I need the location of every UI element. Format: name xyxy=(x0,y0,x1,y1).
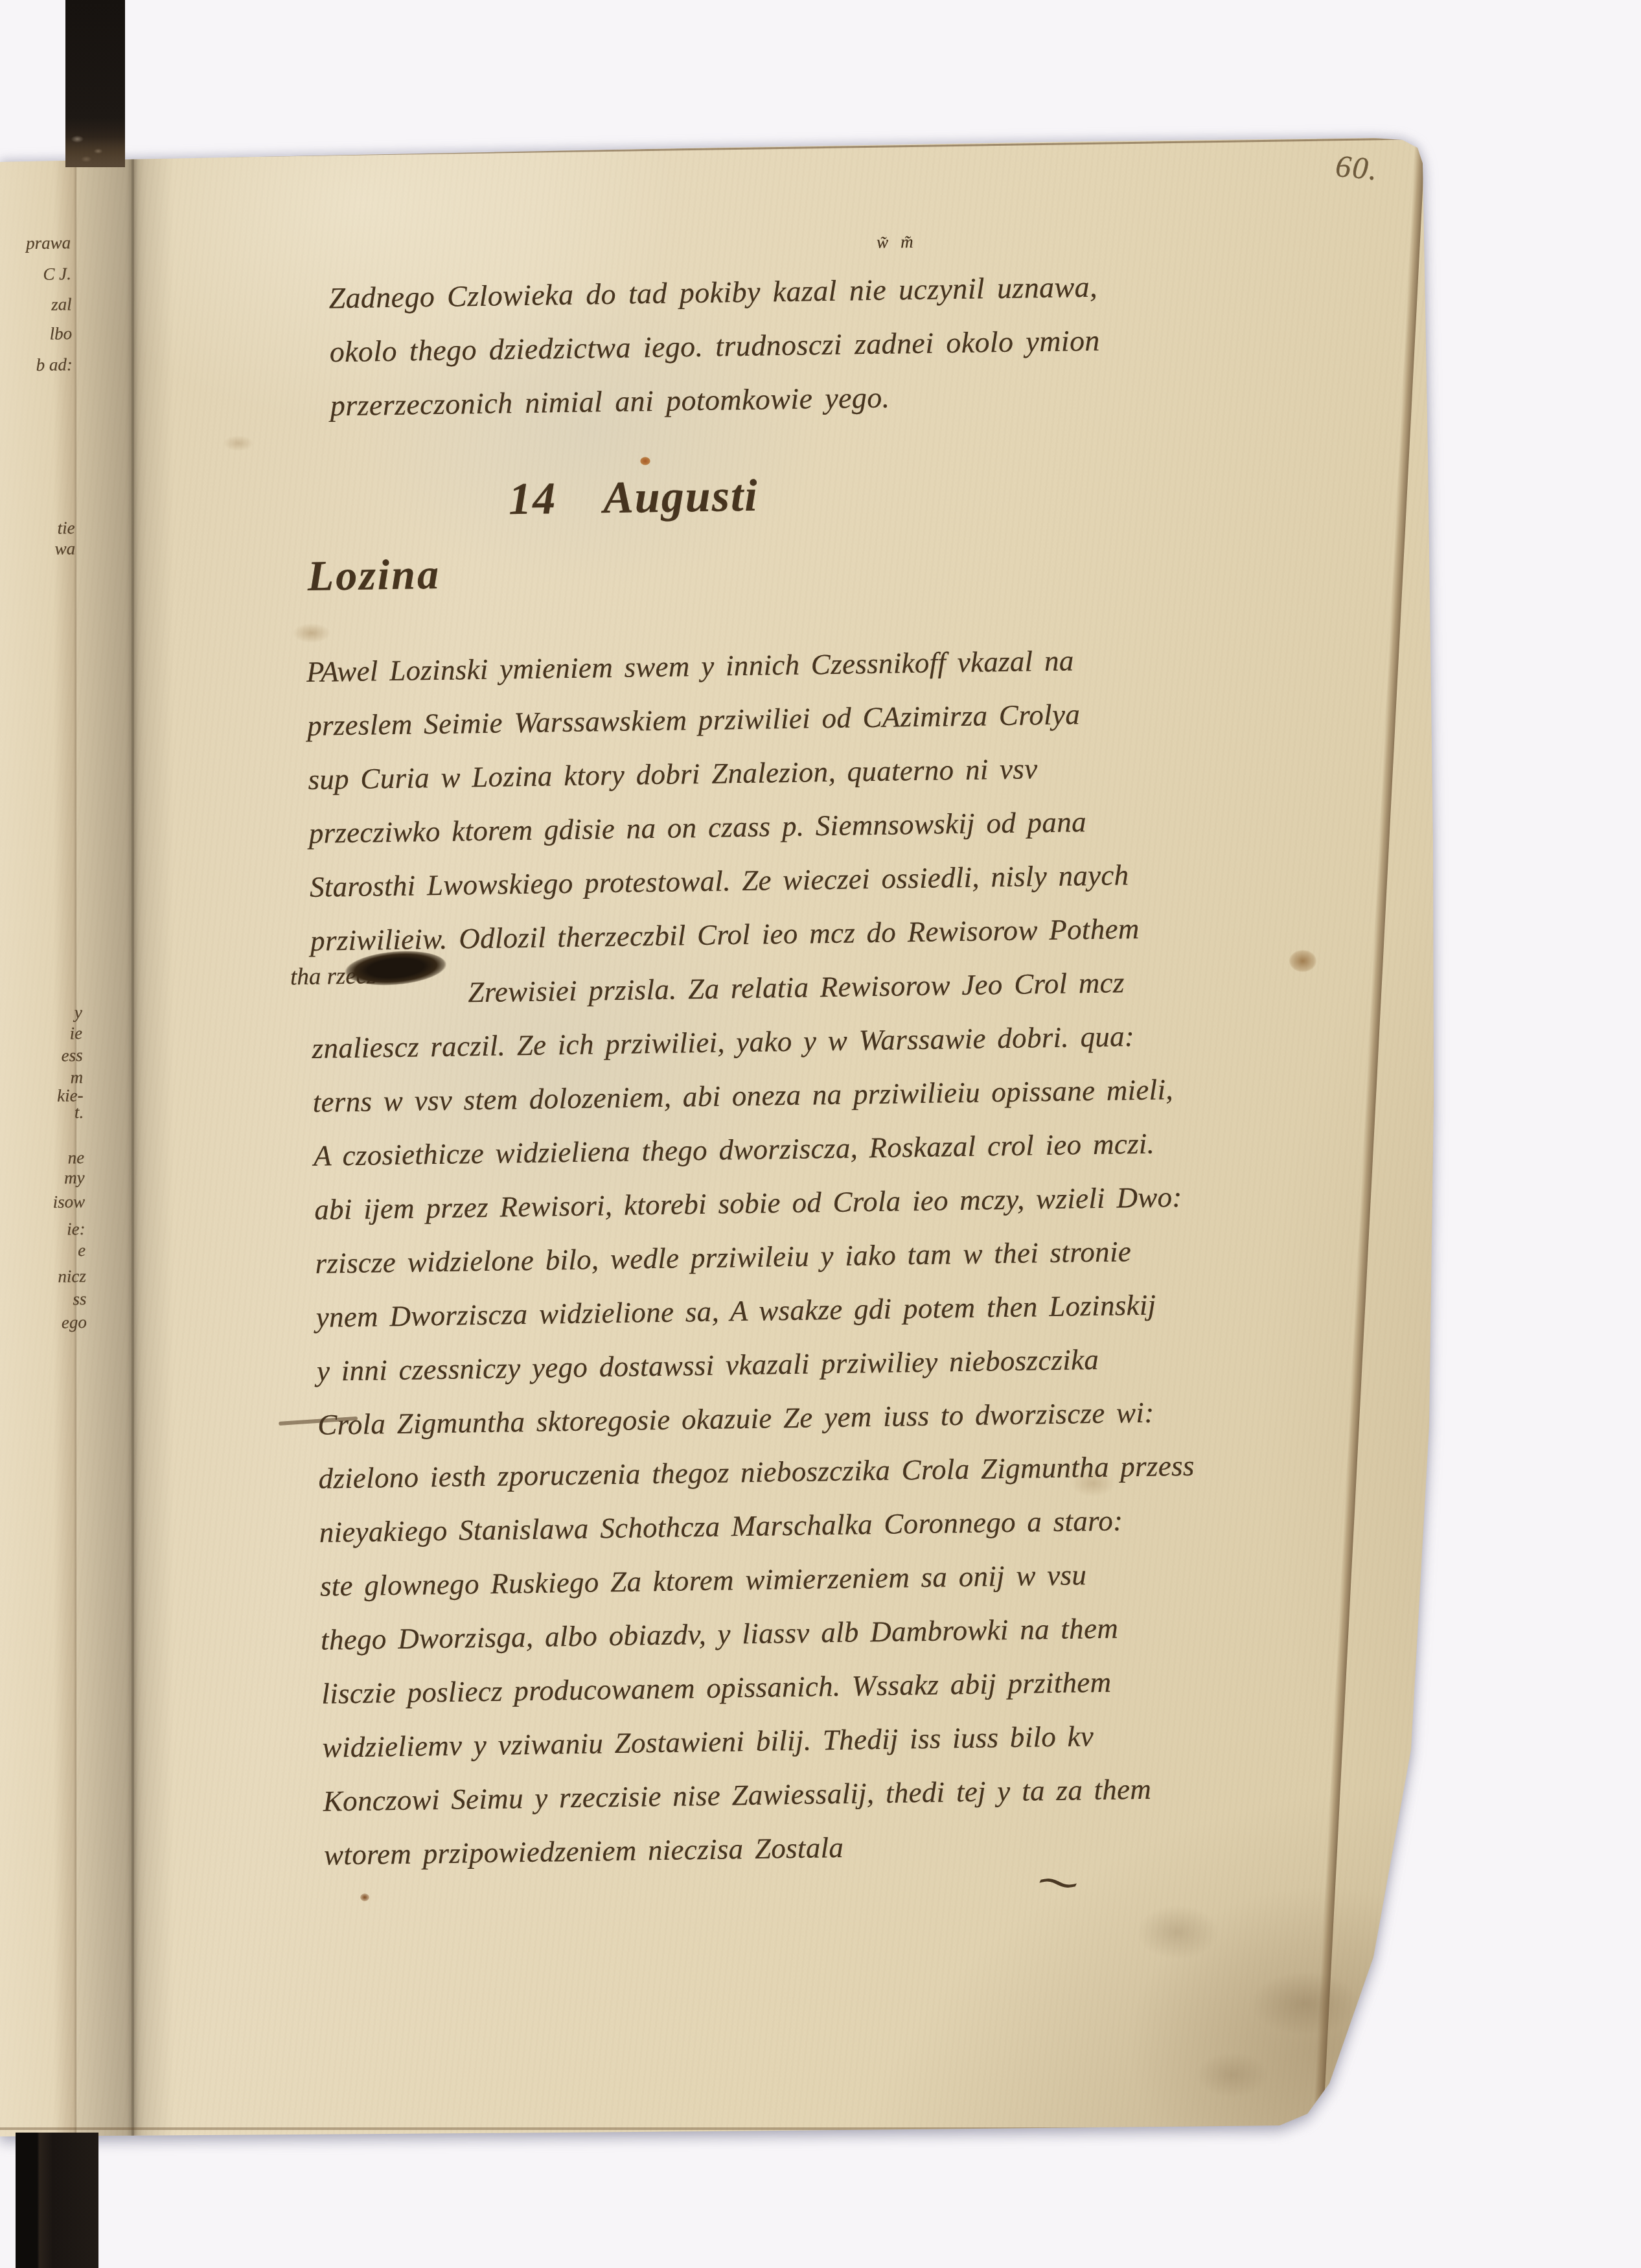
verso-fragment: C J. xyxy=(43,264,71,284)
verso-fragment: isow xyxy=(52,1192,85,1212)
verso-fragment: y xyxy=(75,1002,82,1023)
verso-fragment: nicz xyxy=(58,1266,86,1287)
date-day: 14 xyxy=(508,474,557,524)
page-shadow: 60. prawa C J. zal lbo b ad: tie wa y ie… xyxy=(0,0,1641,2268)
verso-fragment: e xyxy=(78,1240,86,1260)
text-line: przerzeczonich nimial ani potomkowie yeg… xyxy=(330,363,1101,428)
verso-fragment: lbo xyxy=(49,323,72,344)
verso-fragment: t. xyxy=(75,1102,84,1122)
verso-fragment: ego xyxy=(62,1312,87,1333)
binding-strap-bottom xyxy=(16,2133,98,2268)
previous-entry-paragraph: Zadnego Czlowieka do tad pokiby kazal ni… xyxy=(328,255,1101,428)
verso-fragment: m xyxy=(70,1067,83,1087)
verso-fragment: ess xyxy=(61,1045,82,1065)
date-heading: 14Augusti xyxy=(508,470,759,526)
verso-fragment: my xyxy=(64,1168,85,1188)
verso-fragment: wa xyxy=(54,538,75,559)
verso-fragment: prawa xyxy=(26,233,71,253)
date-gap xyxy=(557,513,603,513)
verso-fragment: ie: xyxy=(67,1219,86,1239)
verso-fragment: ie xyxy=(69,1023,82,1043)
binding-strap-top xyxy=(65,0,125,167)
entry-body-paragraph: PAwel Lozinski ymieniem swem y innich Cz… xyxy=(306,632,1200,1882)
interlinear-correction: w̃ m̃ xyxy=(877,232,917,253)
verso-fragment: zal xyxy=(51,294,72,314)
facing-page-text-fragments: prawa C J. zal lbo b ad: tie wa y ie ess… xyxy=(0,0,101,2009)
manuscript-scan: 60. prawa C J. zal lbo b ad: tie wa y ie… xyxy=(0,0,1641,2268)
verso-fragment: ss xyxy=(73,1289,86,1309)
manuscript-page: 60. prawa C J. zal lbo b ad: tie wa y ie… xyxy=(0,0,1641,2268)
date-month: Augusti xyxy=(602,471,759,524)
strap-frayed-end xyxy=(65,127,125,167)
handwriting-layer: 60. prawa C J. zal lbo b ad: tie wa y ie… xyxy=(0,0,1641,2268)
verso-fragment: ne xyxy=(67,1148,84,1168)
verso-fragment: tie xyxy=(57,518,75,538)
folio-number: 60. xyxy=(1334,148,1380,188)
section-heading: Lozina xyxy=(307,550,441,601)
verso-fragment: b ad: xyxy=(36,354,73,375)
closing-flourish: ⁓ xyxy=(1032,1856,1079,1908)
text-line: okolo thego dziedzictwa iego. trudnosczi… xyxy=(329,309,1100,375)
